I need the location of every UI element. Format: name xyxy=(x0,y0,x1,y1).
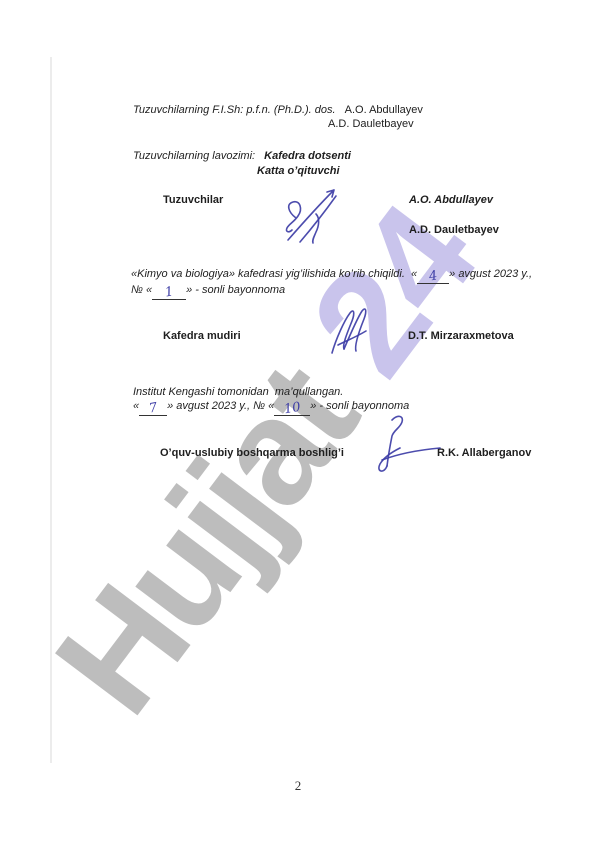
dept-protocol-text3: № « xyxy=(131,284,152,296)
dept-protocol-line1: «Kimyo va biologiya» kafedrasi yig’ilish… xyxy=(131,268,532,284)
authors-fio-name1: A.O. Abdullayev xyxy=(345,104,423,116)
dept-protocol-day-value: 4 xyxy=(428,271,438,282)
signature-compilers xyxy=(276,182,356,252)
council-line1: Institut Kengashi tomonidan ma’qullangan… xyxy=(133,386,343,399)
dept-protocol-text4: » - sonli bayonnoma xyxy=(186,284,285,296)
authors-position-value2: Katta o’qituvchi xyxy=(257,165,340,178)
council-day-blank: 7 xyxy=(139,403,167,416)
council-text3: » - sonli bayonnoma xyxy=(310,400,409,412)
dept-protocol-text1: «Kimyo va biologiya» kafedrasi yig’ilish… xyxy=(131,268,417,280)
signature-dept-head xyxy=(322,301,382,366)
authors-position-label: Tuzuvchilarning lavozimi: xyxy=(133,150,255,162)
authors-fio-label: Tuzuvchilarning F.I.Sh: p.f.n. (Ph.D.). … xyxy=(133,104,336,116)
edu-office-name: R.K. Allaberganov xyxy=(437,447,531,460)
compilers-role-label: Tuzuvchilar xyxy=(163,194,223,207)
dept-head-name: D.T. Mirzaraxmetova xyxy=(408,330,514,343)
dept-protocol-number-blank: 1 xyxy=(152,287,186,300)
page-number: 2 xyxy=(0,778,596,794)
authors-fio-name2: A.D. Dauletbayev xyxy=(328,118,414,131)
signature-edu-office xyxy=(358,412,443,477)
dept-protocol-line2: № «1» - sonli bayonnoma xyxy=(131,284,285,300)
council-number-blank: 10 xyxy=(274,403,310,416)
document-page: Hujjat 24 Tuzuvchilarning F.I.Sh: p.f.n.… xyxy=(0,0,596,842)
council-number-value: 10 xyxy=(283,403,301,416)
dept-protocol-number-value: 1 xyxy=(164,287,174,298)
compilers-name2: A.D. Dauletbayev xyxy=(409,224,499,237)
council-day-value: 7 xyxy=(148,403,158,414)
dept-protocol-day-blank: 4 xyxy=(417,271,449,284)
edu-office-role-label: O’quv-uslubiy boshqarma boshlig’i xyxy=(160,447,344,460)
compilers-name1: A.O. Abdullayev xyxy=(409,194,493,207)
dept-protocol-text2: » avgust 2023 y., xyxy=(449,268,532,280)
dept-head-role-label: Kafedra mudiri xyxy=(163,330,241,343)
page-edge-line xyxy=(50,57,52,763)
authors-fio-line: Tuzuvchilarning F.I.Sh: p.f.n. (Ph.D.). … xyxy=(133,104,423,117)
authors-position-value1: Kafedra dotsenti xyxy=(264,150,351,162)
authors-position-line: Tuzuvchilarning lavozimi: Kafedra dotsen… xyxy=(133,150,351,163)
council-text2: » avgust 2023 y., № « xyxy=(167,400,274,412)
